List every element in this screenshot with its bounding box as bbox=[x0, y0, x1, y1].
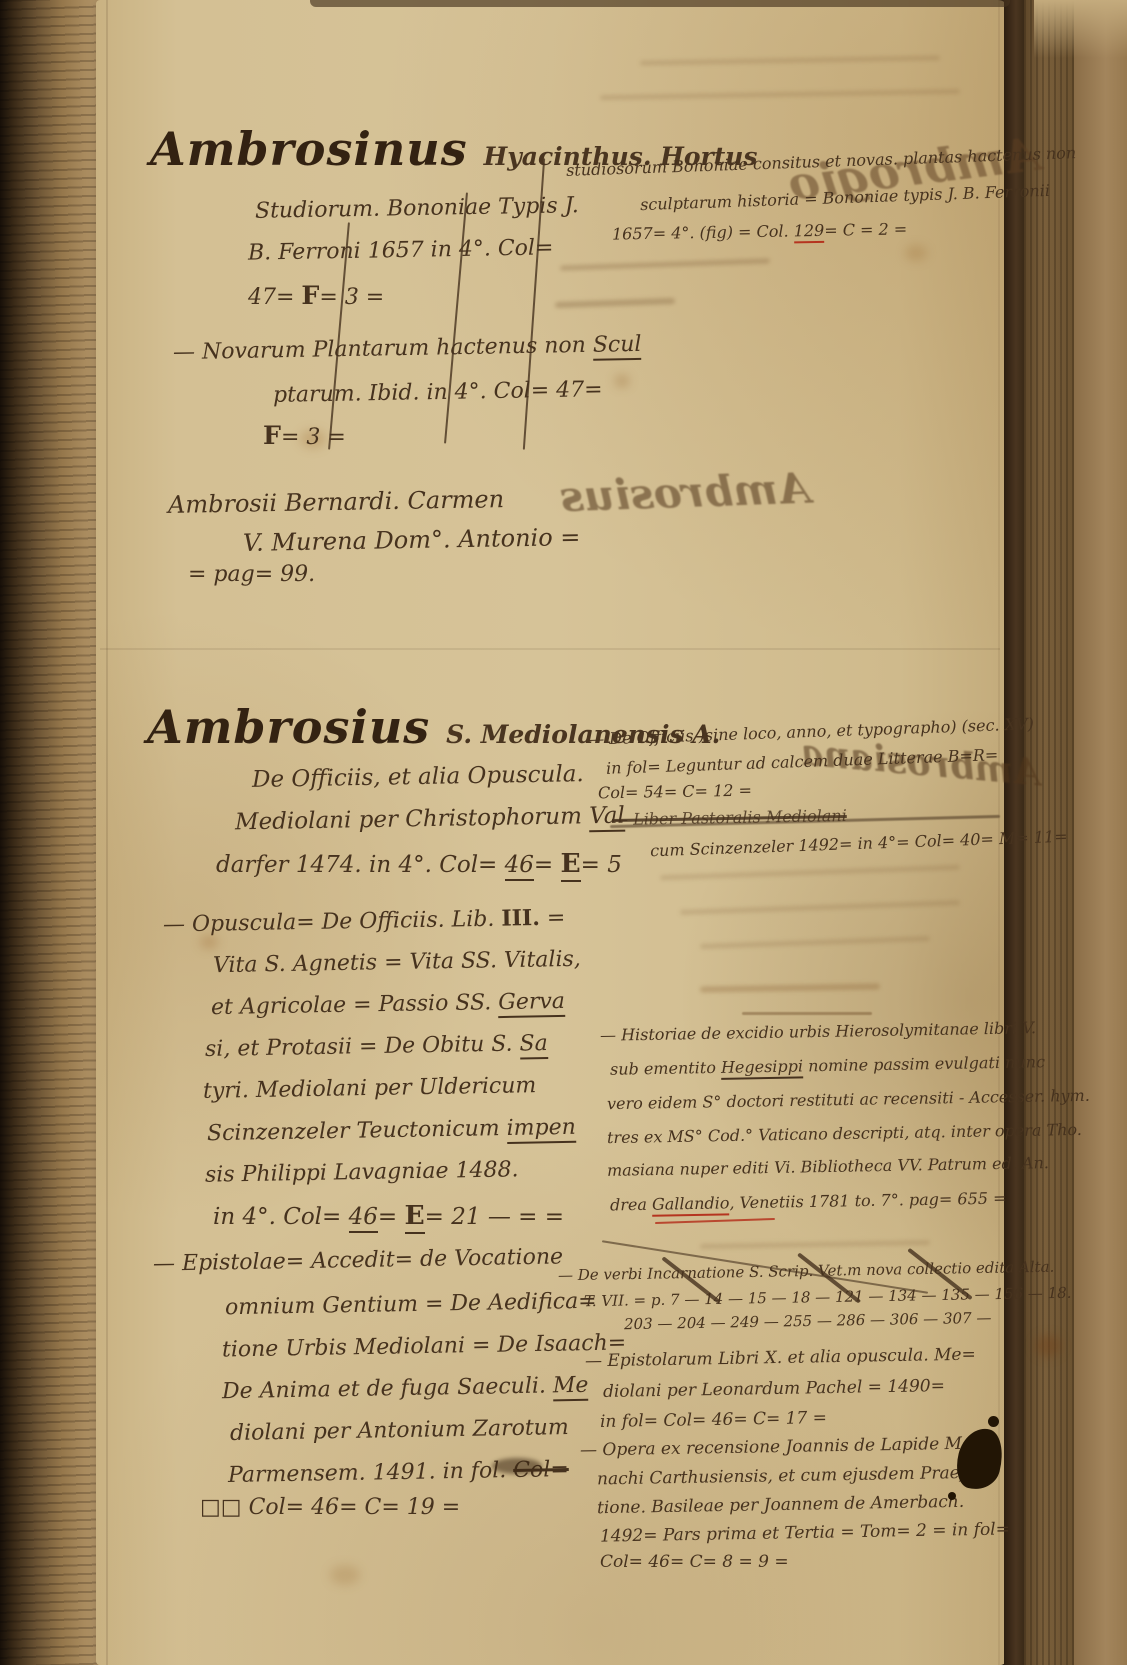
entry5-line: in 4°. Col= 46= E= 21 — = = bbox=[213, 1200, 564, 1231]
ink-blot-drop bbox=[948, 1492, 956, 1500]
left-margin-crease bbox=[106, 0, 108, 1665]
entry1-line: 47= F= 3 = bbox=[248, 280, 384, 310]
noteF-line: Col= 46= C= 8 = 9 = bbox=[600, 1552, 789, 1572]
noteA-line: Col= 54= C= 12 = bbox=[598, 781, 752, 803]
entry4-line: darfer 1474. in 4°. Col= 46= E= 5 bbox=[216, 848, 622, 879]
noteE-line: in fol= Col= 46= C= 17 = bbox=[600, 1408, 827, 1432]
entry1-heading: Ambrosinus bbox=[150, 122, 468, 176]
book-fore-edge bbox=[1074, 0, 1127, 1665]
entry2-line: F= 3 = bbox=[263, 420, 346, 450]
entry5-line: Scinzenzeler Teuctonicum impen bbox=[207, 1115, 576, 1146]
ink-blot-drop bbox=[988, 1416, 999, 1427]
faint-rule bbox=[742, 1012, 872, 1015]
bleedthrough-ghost-word: Ambrosius bbox=[559, 464, 811, 522]
manuscript-scan: Ambrogio Ambrosius Ambrosiana Ambrosinus… bbox=[0, 0, 1127, 1665]
entry4-heading: Ambrosius bbox=[147, 700, 430, 754]
entry3-line: = pag= 99. bbox=[188, 562, 315, 587]
foxing-spot bbox=[330, 1565, 360, 1585]
ink-smear bbox=[492, 1458, 542, 1474]
entry5-line: et Agricolae = Passio SS. Gerva bbox=[211, 989, 565, 1020]
top-right-page-corner bbox=[1034, 0, 1127, 58]
foxing-spot bbox=[615, 375, 629, 387]
top-page-edge-shadow bbox=[310, 0, 1010, 7]
stain-right-edge bbox=[1035, 1335, 1061, 1357]
horizontal-crease bbox=[100, 648, 1000, 650]
entry6-line: □□ Col= 46= C= 19 = bbox=[200, 1495, 460, 1520]
entry3-line: V. Murena Dom°. Antonio = bbox=[243, 523, 581, 557]
entry3-line: Ambrosii Bernardi. Carmen bbox=[168, 485, 505, 519]
foxing-spot bbox=[200, 935, 218, 949]
foxing-spot bbox=[905, 245, 927, 261]
entry1-line: B. Ferroni 1657 in 4°. Col= bbox=[248, 235, 554, 265]
